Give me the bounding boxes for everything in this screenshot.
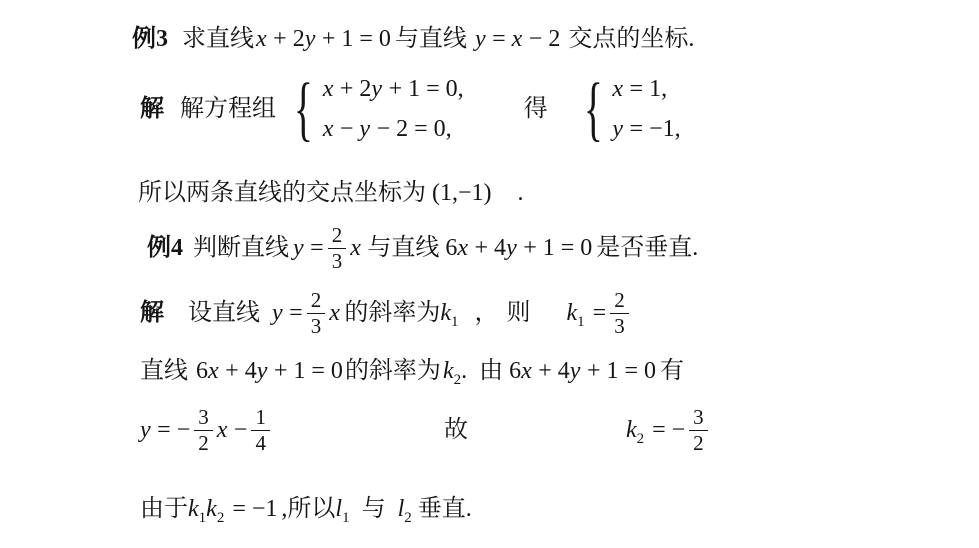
solution4-text-4: 有 bbox=[660, 356, 684, 386]
math-lesson-page: 例3 求直线 x + 2y + 1 = 0 与直线 y = x − 2 交点的坐… bbox=[0, 0, 979, 548]
k1-variable: k1 bbox=[188, 494, 206, 524]
fraction-denominator: 4 bbox=[251, 431, 270, 456]
line-equation: 6x + 4y + 1 = 0 bbox=[196, 356, 343, 386]
intersection-point: (1,−1) bbox=[432, 178, 492, 208]
solution3-conclusion: 所以两条直线的交点坐标为 (1,−1) . bbox=[138, 178, 524, 208]
left-brace: { bbox=[583, 73, 602, 145]
example4-text-3: 是否垂直. bbox=[596, 233, 698, 263]
x-variable: x bbox=[350, 233, 361, 263]
example3-statement: 例3 求直线 x + 2y + 1 = 0 与直线 y = x − 2 交点的坐… bbox=[132, 24, 694, 54]
line-equation: 6x + 4y + 1 = 0 bbox=[445, 233, 592, 263]
fraction-one-fourth: 1 4 bbox=[251, 405, 270, 456]
solution4-text-3: 由 bbox=[479, 356, 503, 386]
line2-equation: y = x − 2 bbox=[475, 24, 560, 54]
subscript: 1 bbox=[451, 314, 459, 330]
y-equals: y = bbox=[293, 233, 324, 263]
solution4-text-3: 与 bbox=[362, 494, 386, 524]
system-2-rows: x = 1, y = −1, bbox=[612, 74, 680, 144]
solution3-text-2: 得 bbox=[524, 94, 548, 124]
subscript: 1 bbox=[199, 510, 207, 526]
example3-text-3: 交点的坐标. bbox=[568, 24, 694, 54]
fraction-numerator: 3 bbox=[689, 405, 708, 431]
solution4-label: 解 bbox=[140, 298, 164, 328]
solution3-label: 解 bbox=[140, 94, 164, 124]
system-2-row-2: y = −1, bbox=[612, 114, 680, 144]
solution4-line-3: y = − 3 2 x − 1 4 故 k2 = − 3 2 bbox=[140, 398, 712, 462]
fraction-numerator: 2 bbox=[610, 288, 629, 314]
solution4-text-2: 的斜率为 bbox=[345, 356, 441, 386]
example3-text-1: 求直线 bbox=[182, 24, 254, 54]
subscript: 2 bbox=[217, 510, 225, 526]
x-variable: x bbox=[329, 298, 340, 328]
solution4-text-2: ,所以 bbox=[281, 494, 335, 524]
fraction-numerator: 2 bbox=[307, 288, 326, 314]
period: . bbox=[461, 356, 467, 386]
subscript: 1 bbox=[342, 510, 350, 526]
example4-statement: 例4 判断直线 y = 2 3 x 与直线 6x + 4y + 1 = 0 是否… bbox=[147, 220, 698, 276]
line1-equation: x + 2y + 1 = 0 bbox=[256, 24, 391, 54]
system-2-row-1: x = 1, bbox=[612, 74, 680, 104]
fraction-numerator: 2 bbox=[328, 223, 347, 249]
solution4-line-1: 解 设直线 y = 2 3 x 的斜率为 k1 ， 则 k1 = 2 3 bbox=[140, 282, 633, 344]
comma: ， bbox=[475, 298, 499, 328]
y-equals-minus: y = − bbox=[140, 415, 190, 445]
fraction-two-thirds: 2 3 bbox=[610, 288, 629, 339]
fraction-denominator: 2 bbox=[689, 431, 708, 456]
fraction-three-halves: 3 2 bbox=[194, 405, 213, 456]
line-equation: 6x + 4y + 1 = 0 bbox=[509, 356, 656, 386]
solution3-text-3: 所以两条直线的交点坐标为 bbox=[138, 178, 426, 208]
equation-system-1: { x + 2y + 1 = 0, x − y − 2 = 0, bbox=[288, 74, 464, 144]
example4-text-2: 与直线 bbox=[367, 233, 439, 263]
period: . bbox=[518, 178, 524, 208]
equals-minus-one: = −1 bbox=[232, 494, 277, 524]
subscript: 1 bbox=[577, 314, 585, 330]
equals-sign: = bbox=[593, 298, 607, 328]
solution4-text-2: 的斜率为 bbox=[344, 298, 440, 328]
solution4-text-1: 由于 bbox=[140, 494, 188, 524]
fraction-three-halves: 3 2 bbox=[689, 405, 708, 456]
subscript: 2 bbox=[404, 510, 412, 526]
system-1-rows: x + 2y + 1 = 0, x − y − 2 = 0, bbox=[323, 74, 464, 144]
fraction-denominator: 3 bbox=[328, 249, 347, 274]
system-1-row-2: x − y − 2 = 0, bbox=[323, 114, 464, 144]
example4-label: 例4 bbox=[147, 233, 183, 263]
k2-variable: k2 bbox=[206, 494, 224, 524]
example4-text-1: 判断直线 bbox=[193, 233, 289, 263]
example3-text-2: 与直线 bbox=[395, 24, 467, 54]
left-brace: { bbox=[294, 73, 313, 145]
solution3-text-1: 解方程组 bbox=[180, 94, 276, 124]
solution3-systems: 解 解方程组 { x + 2y + 1 = 0, x − y − 2 = 0, … bbox=[140, 68, 681, 150]
subscript: 2 bbox=[637, 431, 645, 447]
fraction-denominator: 2 bbox=[194, 431, 213, 456]
fraction-denominator: 3 bbox=[610, 314, 629, 339]
solution4-text-1: 直线 bbox=[140, 356, 188, 386]
l2-variable: l2 bbox=[398, 494, 412, 524]
k2-variable: k2 bbox=[626, 415, 644, 445]
equals-minus: = − bbox=[652, 415, 685, 445]
fraction-two-thirds: 2 3 bbox=[328, 223, 347, 274]
fraction-denominator: 3 bbox=[307, 314, 326, 339]
system-1-row-1: x + 2y + 1 = 0, bbox=[323, 74, 464, 104]
fraction-numerator: 3 bbox=[194, 405, 213, 431]
example3-label: 例3 bbox=[132, 24, 168, 54]
k2-variable: k2 bbox=[443, 356, 461, 386]
k1-variable: k1 bbox=[567, 298, 585, 328]
solution4-conclusion: 由于 k1 k2 = −1 ,所以 l1 与 l2 垂直. bbox=[140, 494, 472, 524]
fraction-numerator: 1 bbox=[251, 405, 270, 431]
therefore-text: 故 bbox=[444, 415, 468, 445]
x-minus: x − bbox=[217, 415, 248, 445]
k1-variable: k1 bbox=[440, 298, 458, 328]
y-equals: y = bbox=[272, 298, 303, 328]
solution4-line-2: 直线 6x + 4y + 1 = 0 的斜率为 k2 . 由 6x + 4y +… bbox=[140, 356, 684, 386]
l1-variable: l1 bbox=[335, 494, 349, 524]
subscript: 2 bbox=[454, 372, 462, 388]
fraction-two-thirds: 2 3 bbox=[307, 288, 326, 339]
equation-system-2: { x = 1, y = −1, bbox=[578, 74, 681, 144]
solution4-text-4: 则 bbox=[507, 298, 531, 328]
solution4-text-4: 垂直. bbox=[418, 494, 472, 524]
solution4-text-1: 设直线 bbox=[188, 298, 260, 328]
